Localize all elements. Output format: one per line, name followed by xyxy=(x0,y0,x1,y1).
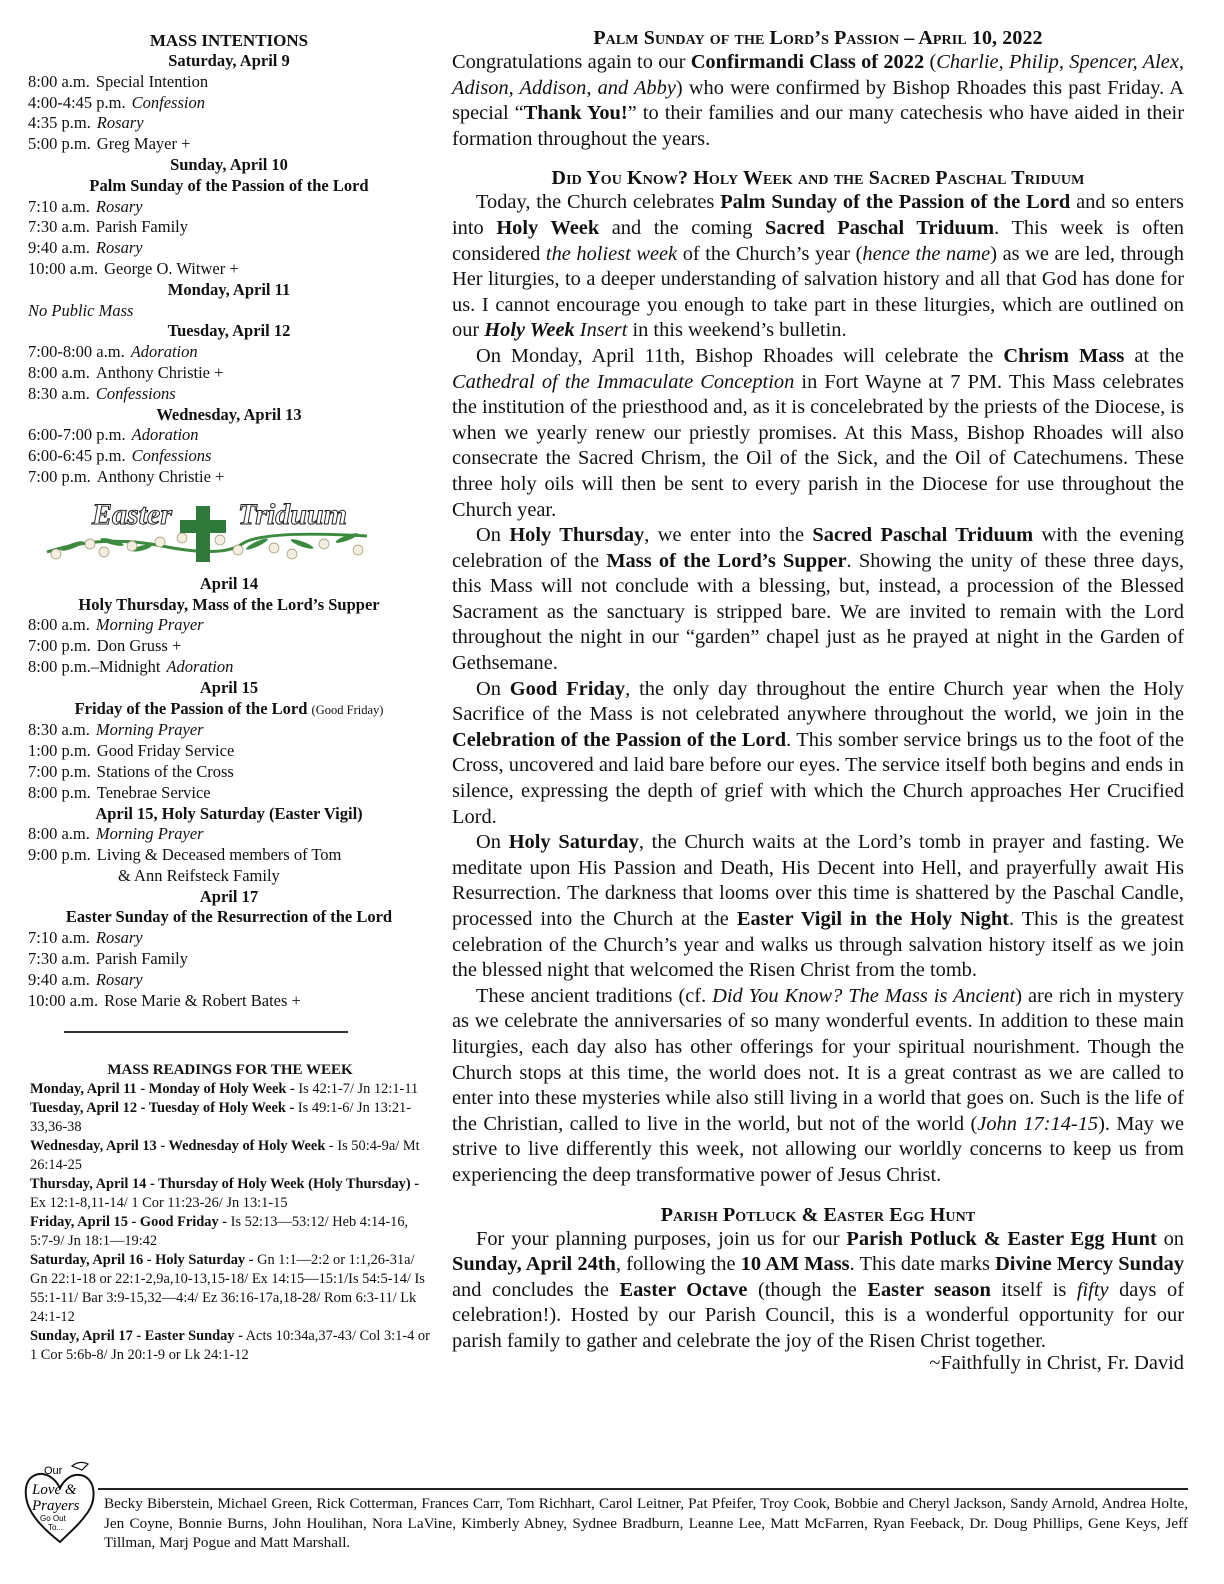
mass-intentions-title: MASS INTENTIONS xyxy=(28,30,430,51)
entry-description: Adoration xyxy=(166,657,233,676)
schedule-entry: 1:00 p.m.Good Friday Service xyxy=(28,741,430,762)
entry-description: Don Gruss + xyxy=(97,636,181,655)
schedule-entry: 7:30 a.m.Parish Family xyxy=(28,217,430,238)
schedule-entry: 6:00-7:00 p.m.Adoration xyxy=(28,425,430,446)
schedule-entry: 8:30 a.m.Morning Prayer xyxy=(28,720,430,741)
entry-time: 1:00 p.m. xyxy=(28,741,91,762)
entry-time: 7:10 a.m. xyxy=(28,928,90,949)
entry-time: 8:00 p.m. xyxy=(28,783,91,804)
day-heading: April 15 xyxy=(28,678,430,699)
svg-text:Go Out: Go Out xyxy=(40,1514,67,1523)
reading-label: Wednesday, April 13 - Wednesday of Holy … xyxy=(30,1138,325,1154)
schedule-entry: & Ann Reifsteck Family xyxy=(28,866,430,887)
reading-refs: Ex 12:1-8,11-14/ 1 Cor 11:23-26/ Jn 13:1… xyxy=(30,1195,288,1211)
day-heading: April 14 xyxy=(28,574,430,595)
entry-time: 4:00-4:45 p.m. xyxy=(28,93,126,114)
entry-description: Confession xyxy=(132,93,205,112)
day-subheading-note: (Good Friday) xyxy=(312,703,384,717)
schedule-entry: 8:00 a.m.Morning Prayer xyxy=(28,824,430,845)
entry-description: Adoration xyxy=(131,342,198,361)
entry-description: Rose Marie & Robert Bates + xyxy=(104,991,301,1010)
schedule-entry: 7:30 a.m.Parish Family xyxy=(28,949,430,970)
day-heading: Sunday, April 10 xyxy=(28,155,430,176)
reading-refs: Is 42:1-7/ Jn 12:1-11 xyxy=(295,1081,418,1097)
svg-text:Prayers: Prayers xyxy=(31,1498,80,1514)
love-and-prayers-logo: Our Love & Prayers Go Out To... xyxy=(22,1458,98,1548)
schedule-entry: 9:40 a.m.Rosary xyxy=(28,970,430,991)
entry-description: Adoration xyxy=(132,425,199,444)
entry-description: Confessions xyxy=(132,446,212,465)
mass-readings-title: MASS READINGS FOR THE WEEK xyxy=(30,1061,430,1080)
day-heading: Tuesday, April 12 xyxy=(28,321,430,342)
section-divider xyxy=(64,1031,348,1033)
did-you-know-paragraph-5: On Holy Saturday, the Church waits at th… xyxy=(452,830,1184,984)
day-heading: April 15, Holy Saturday (Easter Vigil) xyxy=(28,804,430,825)
entry-time: 8:00 a.m. xyxy=(28,615,90,636)
easter-triduum-banner: Easter Triduum xyxy=(42,494,372,566)
svg-text:To...: To... xyxy=(48,1523,63,1532)
entry-time: 8:00 a.m. xyxy=(28,363,90,384)
entry-description: Tenebrae Service xyxy=(97,783,211,802)
day-subheading: Palm Sunday of the Passion of the Lord xyxy=(28,176,430,197)
entry-description: Rosary xyxy=(96,928,143,947)
reading-item: Saturday, April 16 - Holy Saturday - Gn … xyxy=(30,1251,430,1327)
reading-label: Saturday, April 16 - Holy Saturday - xyxy=(30,1252,253,1268)
entry-description: Special Intention xyxy=(96,72,208,91)
did-you-know-heading: Did You Know? Holy Week and the Sacred P… xyxy=(452,166,1184,190)
entry-description: Morning Prayer xyxy=(96,615,204,634)
entry-time: 7:00 p.m. xyxy=(28,762,91,783)
heart-icon: Our Love & Prayers Go Out To... xyxy=(22,1458,98,1548)
entry-description: Rosary xyxy=(96,197,143,216)
reading-item: Tuesday, April 12 - Tuesday of Holy Week… xyxy=(30,1099,430,1137)
prayer-list: Becky Biberstein, Michael Green, Rick Co… xyxy=(104,1494,1188,1553)
reading-label: Tuesday, April 12 - Tuesday of Holy Week… xyxy=(30,1100,294,1116)
mass-readings-list: Monday, April 11 - Monday of Holy Week -… xyxy=(30,1080,430,1365)
day-subheading: Easter Sunday of the Resurrection of the… xyxy=(28,907,430,928)
entry-description: Rosary xyxy=(96,970,143,989)
reading-label: Thursday, April 14 - Thursday of Holy We… xyxy=(30,1176,419,1192)
reading-label: Friday, April 15 - Good Friday - xyxy=(30,1214,227,1230)
entry-description: Living & Deceased members of Tom xyxy=(97,845,342,864)
entry-description: Rosary xyxy=(96,238,143,257)
schedule-entry: 9:00 p.m.Living & Deceased members of To… xyxy=(28,845,430,866)
schedule-entry: 10:00 a.m.Rose Marie & Robert Bates + xyxy=(28,991,430,1012)
left-column: MASS INTENTIONS Saturday, April 98:00 a.… xyxy=(28,30,430,1365)
entry-description: Parish Family xyxy=(96,949,188,968)
reading-label: Monday, April 11 - Monday of Holy Week - xyxy=(30,1081,295,1097)
banner-word-triduum: Triduum xyxy=(238,498,347,531)
svg-text:Our: Our xyxy=(44,1465,63,1477)
schedule-entry: 8:00 p.m.Tenebrae Service xyxy=(28,783,430,804)
svg-text:Love &: Love & xyxy=(31,1482,77,1498)
day-subheading: Holy Thursday, Mass of the Lord’s Supper xyxy=(28,595,430,616)
did-you-know-paragraph-1: Today, the Church celebrates Palm Sunday… xyxy=(452,190,1184,344)
entry-description: Rosary xyxy=(97,113,144,132)
schedule-entry: 6:00-6:45 p.m.Confessions xyxy=(28,446,430,467)
entry-description: & Ann Reifsteck Family xyxy=(118,866,280,885)
confirmandi-paragraph: Congratulations again to our Confirmandi… xyxy=(452,50,1184,152)
triduum-schedule: April 14Holy Thursday, Mass of the Lord’… xyxy=(28,574,430,1012)
entry-description: Greg Mayer + xyxy=(97,134,191,153)
footer-divider xyxy=(98,1488,1188,1490)
entry-time: 9:00 p.m. xyxy=(28,845,91,866)
banner-word-easter: Easter xyxy=(91,498,172,531)
right-column: Palm Sunday of the Lord’s Passion – Apri… xyxy=(452,26,1184,1375)
entry-time: 8:00 p.m.–Midnight xyxy=(28,657,160,678)
entry-time: 4:35 p.m. xyxy=(28,113,91,134)
entry-time: 10:00 a.m. xyxy=(28,259,98,280)
did-you-know-paragraph-4: On Good Friday, the only day throughout … xyxy=(452,677,1184,831)
potluck-heading: Parish Potluck & Easter Egg Hunt xyxy=(452,1203,1184,1227)
entry-time: 8:30 a.m. xyxy=(28,720,90,741)
entry-time: 7:10 a.m. xyxy=(28,197,90,218)
schedule-entry: 5:00 p.m.Greg Mayer + xyxy=(28,134,430,155)
schedule-entry: 8:00 a.m.Morning Prayer xyxy=(28,615,430,636)
entry-time: 9:40 a.m. xyxy=(28,970,90,991)
entry-description: Anthony Christie + xyxy=(97,467,225,486)
dove-icon xyxy=(72,1462,88,1470)
entry-time: 6:00-7:00 p.m. xyxy=(28,425,126,446)
schedule-entry: 10:00 a.m.George O. Witwer + xyxy=(28,259,430,280)
reading-item: Wednesday, April 13 - Wednesday of Holy … xyxy=(30,1137,430,1175)
entry-time: 7:30 a.m. xyxy=(28,217,90,238)
cross-icon xyxy=(180,506,226,562)
entry-time: 7:00-8:00 a.m. xyxy=(28,342,125,363)
schedule-entry: 7:10 a.m.Rosary xyxy=(28,197,430,218)
day-heading: Saturday, April 9 xyxy=(28,51,430,72)
reading-item: Thursday, April 14 - Thursday of Holy We… xyxy=(30,1175,430,1213)
entry-time: 8:00 a.m. xyxy=(28,72,90,93)
schedule-entry: 7:00 p.m.Anthony Christie + xyxy=(28,467,430,488)
mass-readings: MASS READINGS FOR THE WEEK Monday, April… xyxy=(28,1061,430,1365)
schedule-entry: 8:00 p.m.–MidnightAdoration xyxy=(28,657,430,678)
entry-time: 10:00 a.m. xyxy=(28,991,98,1012)
entry-description: Stations of the Cross xyxy=(97,762,234,781)
did-you-know-paragraph-3: On Holy Thursday, we enter into the Sacr… xyxy=(452,523,1184,677)
schedule-note-text: No Public Mass xyxy=(28,301,133,320)
day-heading: April 17 xyxy=(28,887,430,908)
entry-time: 7:00 p.m. xyxy=(28,636,91,657)
entry-description: Parish Family xyxy=(96,217,188,236)
entry-description: Morning Prayer xyxy=(96,824,204,843)
schedule-entry: 7:10 a.m.Rosary xyxy=(28,928,430,949)
schedule-entry: 7:00 p.m.Stations of the Cross xyxy=(28,762,430,783)
easter-triduum-banner-art: Easter Triduum xyxy=(42,494,372,566)
entry-time: 8:30 a.m. xyxy=(28,384,90,405)
schedule-entry: 7:00-8:00 a.m.Adoration xyxy=(28,342,430,363)
reading-item: Monday, April 11 - Monday of Holy Week -… xyxy=(30,1080,430,1099)
entry-description: Good Friday Service xyxy=(97,741,234,760)
schedule-entry: 7:00 p.m.Don Gruss + xyxy=(28,636,430,657)
schedule-entry: 8:30 a.m.Confessions xyxy=(28,384,430,405)
mass-intentions-week: Saturday, April 98:00 a.m.Special Intent… xyxy=(28,51,430,488)
reading-item: Sunday, April 17 - Easter Sunday - Acts … xyxy=(30,1327,430,1365)
schedule-entry: 8:00 a.m.Anthony Christie + xyxy=(28,363,430,384)
schedule-entry: 9:40 a.m.Rosary xyxy=(28,238,430,259)
schedule-entry: 4:35 p.m.Rosary xyxy=(28,113,430,134)
entry-time: 7:30 a.m. xyxy=(28,949,90,970)
entry-time: 5:00 p.m. xyxy=(28,134,91,155)
reading-item: Friday, April 15 - Good Friday - Is 52:1… xyxy=(30,1213,430,1251)
entry-description: Morning Prayer xyxy=(96,720,204,739)
entry-time: 6:00-6:45 p.m. xyxy=(28,446,126,467)
entry-description: Anthony Christie + xyxy=(96,363,224,382)
entry-time: 7:00 p.m. xyxy=(28,467,91,488)
schedule-note: No Public Mass xyxy=(28,301,430,322)
schedule-entry: 8:00 a.m.Special Intention xyxy=(28,72,430,93)
day-heading: Monday, April 11 xyxy=(28,280,430,301)
entry-description: Confessions xyxy=(96,384,176,403)
day-heading: Wednesday, April 13 xyxy=(28,405,430,426)
entry-description: George O. Witwer + xyxy=(104,259,239,278)
page-header: Palm Sunday of the Lord’s Passion – Apri… xyxy=(452,26,1184,50)
entry-time: 9:40 a.m. xyxy=(28,238,90,259)
did-you-know-paragraph-2: On Monday, April 11th, Bishop Rhoades wi… xyxy=(452,344,1184,523)
day-subheading: Friday of the Passion of the Lord (Good … xyxy=(28,699,430,721)
did-you-know-paragraph-6: These ancient traditions (cf. Did You Kn… xyxy=(452,984,1184,1189)
schedule-entry: 4:00-4:45 p.m.Confession xyxy=(28,93,430,114)
entry-time: 8:00 a.m. xyxy=(28,824,90,845)
potluck-paragraph: For your planning purposes, join us for … xyxy=(452,1227,1184,1355)
reading-label: Sunday, April 17 - Easter Sunday - xyxy=(30,1328,243,1344)
